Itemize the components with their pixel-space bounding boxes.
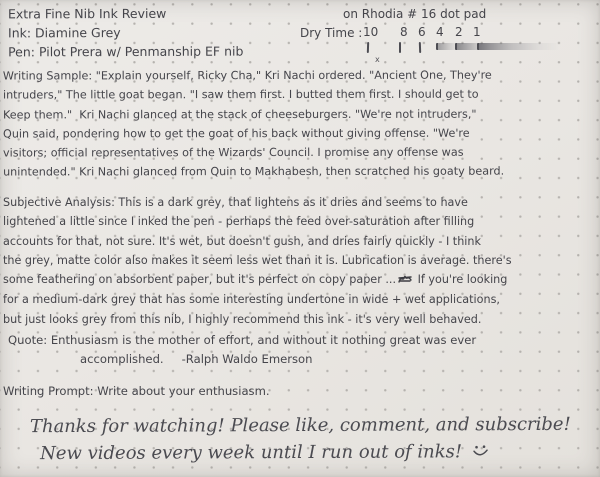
writing-prompt-section: Writing Prompt: Write about your enthusi… (3, 384, 598, 398)
closing-section: Thanks for watching! Please like, commen… (0, 411, 598, 469)
analysis-line: Subjective Analysis: This is a dark grey… (3, 193, 598, 212)
quote-end: accomplished. (80, 352, 164, 366)
dry-time-value-10: 10 (363, 25, 378, 39)
dry-time-value-1: 1 (473, 25, 481, 39)
header-left: Extra Fine Nib Ink Review Ink: Diamine G… (8, 5, 244, 62)
writing-sample-line: visitors; official representatives of th… (3, 143, 598, 163)
smear-mark-1 (477, 43, 559, 50)
dry-time-value-8: 8 (400, 25, 408, 39)
writing-sample-line: unintended." Kri Nachi glanced from Quin… (3, 162, 598, 182)
ink-name: Ink: Diamine Grey (8, 23, 243, 43)
writing-sample-line: Quin said, pondering how to get the goat… (3, 123, 598, 143)
analysis-line: but just looks grey from this nib, I hig… (3, 310, 598, 329)
analysis-line: accounts for that, not sure. It's wet, b… (3, 232, 598, 251)
paper-name: on Rhodia # 16 dot pad (343, 7, 486, 21)
quote-section: Quote: Enthusiasm is the mother of effor… (8, 331, 598, 370)
writing-sample-line: Keep them." Kri Nachi glanced at the sta… (3, 104, 598, 124)
analysis-line-with-scribble: some feathering on absorbent paper, but … (3, 270, 598, 290)
crossed-out-scribble (398, 271, 412, 290)
analysis-line-pre: some feathering on absorbent paper, but … (3, 273, 396, 286)
stray-mark: x (375, 55, 380, 64)
smear-mark-6 (419, 42, 421, 53)
notebook-page: Extra Fine Nib Ink Review Ink: Diamine G… (0, 0, 600, 477)
header-right: on Rhodia # 16 dot pad Dry Time : 10 8 6… (295, 6, 595, 68)
analysis-line: for a medium-dark grey that has some int… (3, 290, 598, 309)
closing-line: New videos every week until I run out of… (40, 441, 462, 464)
writing-sample-line: intruders," The little goat began. "I sa… (3, 85, 598, 105)
quote-attribution: -Ralph Waldo Emerson (182, 352, 313, 366)
closing-line: Thanks for watching! Please like, commen… (30, 411, 598, 440)
review-title: Extra Fine Nib Ink Review (8, 5, 243, 25)
smear-mark-8 (399, 42, 401, 53)
subjective-analysis-section: Subjective Analysis: This is a dark grey… (3, 193, 598, 329)
dry-time-value-2: 2 (455, 25, 463, 39)
analysis-line-post: If you're looking (418, 273, 508, 286)
smear-mark-10 (367, 42, 369, 53)
pen-name: Pen: Pilot Prera w/ Penmanship EF nib (8, 42, 243, 62)
writing-prompt: Writing Prompt: Write about your enthusi… (3, 384, 598, 398)
quote-line: accomplished.-Ralph Waldo Emerson (80, 350, 598, 369)
quote-line: Quote: Enthusiasm is the mother of effor… (8, 331, 598, 350)
dry-time-label: Dry Time : (300, 26, 362, 40)
writing-sample-line: Writing Sample: "Explain yourself, Ricky… (3, 65, 598, 85)
dry-time-value-6: 6 (418, 25, 426, 39)
analysis-line: the grey, matte color also makes it seem… (3, 251, 598, 270)
closing-line-with-smiley: New videos every week until I run out of… (40, 438, 598, 468)
writing-sample-section: Writing Sample: "Explain yourself, Ricky… (3, 65, 598, 182)
dry-time-value-4: 4 (436, 25, 444, 39)
analysis-line: lightened a little since I inked the pen… (3, 212, 598, 231)
smiley-icon (472, 439, 489, 466)
